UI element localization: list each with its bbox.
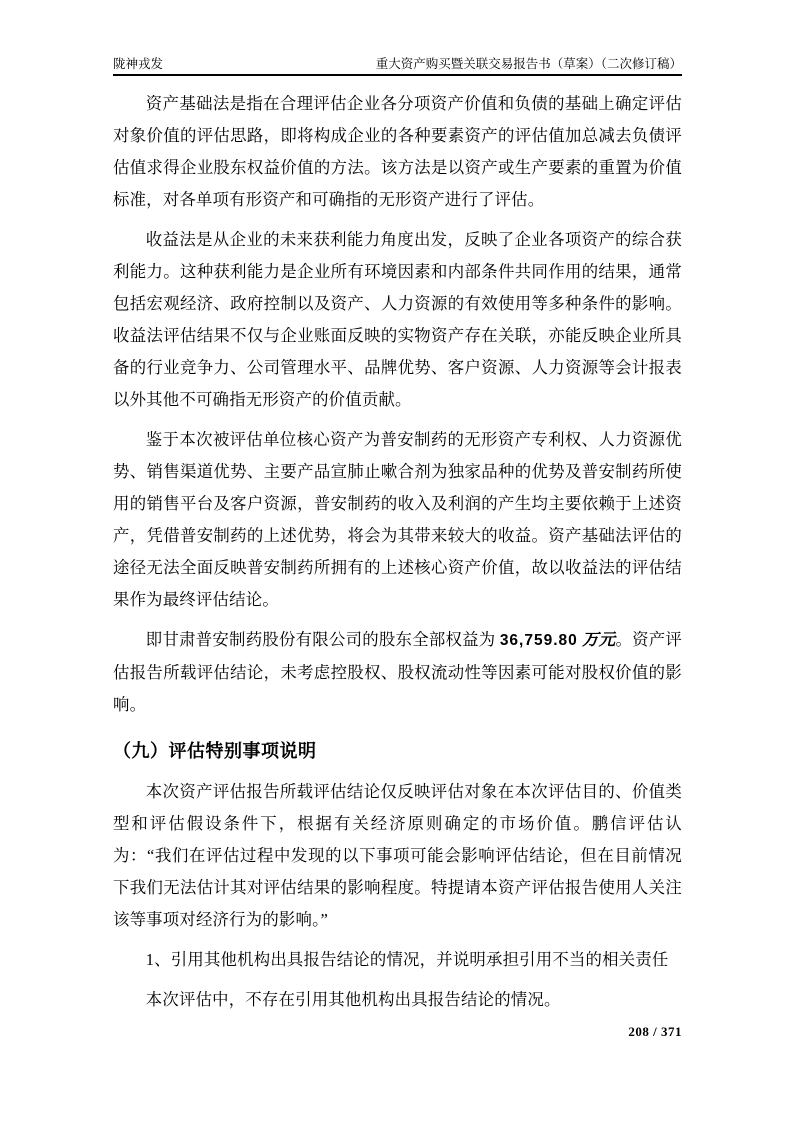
equity-value-unit: 万元 xyxy=(578,630,616,649)
paragraph-citation-statement: 本次评估中，不存在引用其他机构出具报告结论的情况。 xyxy=(113,984,682,1016)
document-body: 资产基础法是指在合理评估企业各分项资产价值和负债的基础上确定评估对象价值的评估思… xyxy=(113,88,682,1024)
paragraph-income-method: 收益法是从企业的未来获利能力角度出发，反映了企业各项资产的综合获利能力。这种获利… xyxy=(113,224,682,416)
paragraph-method-choice: 鉴于本次被评估单位核心资产为普安制药的无形资产专利权、人力资源优势、销售渠道优势… xyxy=(113,424,682,616)
page-header: 陇神戎发 重大资产购买暨关联交易报告书（草案）（二次修订稿） xyxy=(113,56,682,72)
page-number: 208 / 371 xyxy=(628,1024,682,1039)
paragraph-asset-based-method: 资产基础法是指在合理评估企业各分项资产价值和负债的基础上确定评估对象价值的评估思… xyxy=(113,88,682,216)
header-report-title: 重大资产购买暨关联交易报告书（草案）（二次修订稿） xyxy=(376,56,682,72)
equity-value-lead-text: 即甘肃普安制药股份有限公司的股东全部权益为 xyxy=(146,630,500,649)
paragraph-special-notes: 本次资产评估报告所载评估结论仅反映评估对象在本次评估目的、价值类型和评估假设条件… xyxy=(113,776,682,936)
header-divider-line xyxy=(113,74,682,76)
document-page: 陇神戎发 重大资产购买暨关联交易报告书（草案）（二次修订稿） 资产基础法是指在合… xyxy=(0,0,793,1122)
header-company-name: 陇神戎发 xyxy=(113,56,163,72)
page-footer: 208 / 371 xyxy=(628,1024,682,1040)
paragraph-equity-value: 即甘肃普安制药股份有限公司的股东全部权益为 36,759.80 万元。资产评估报… xyxy=(113,624,682,721)
paragraph-citation-item: 1、引用其他机构出具报告结论的情况，并说明承担引用不当的相关责任 xyxy=(113,944,682,976)
section-heading-special-notes: （九）评估特别事项说明 xyxy=(113,738,682,764)
equity-value-amount: 36,759.80 xyxy=(500,632,578,649)
